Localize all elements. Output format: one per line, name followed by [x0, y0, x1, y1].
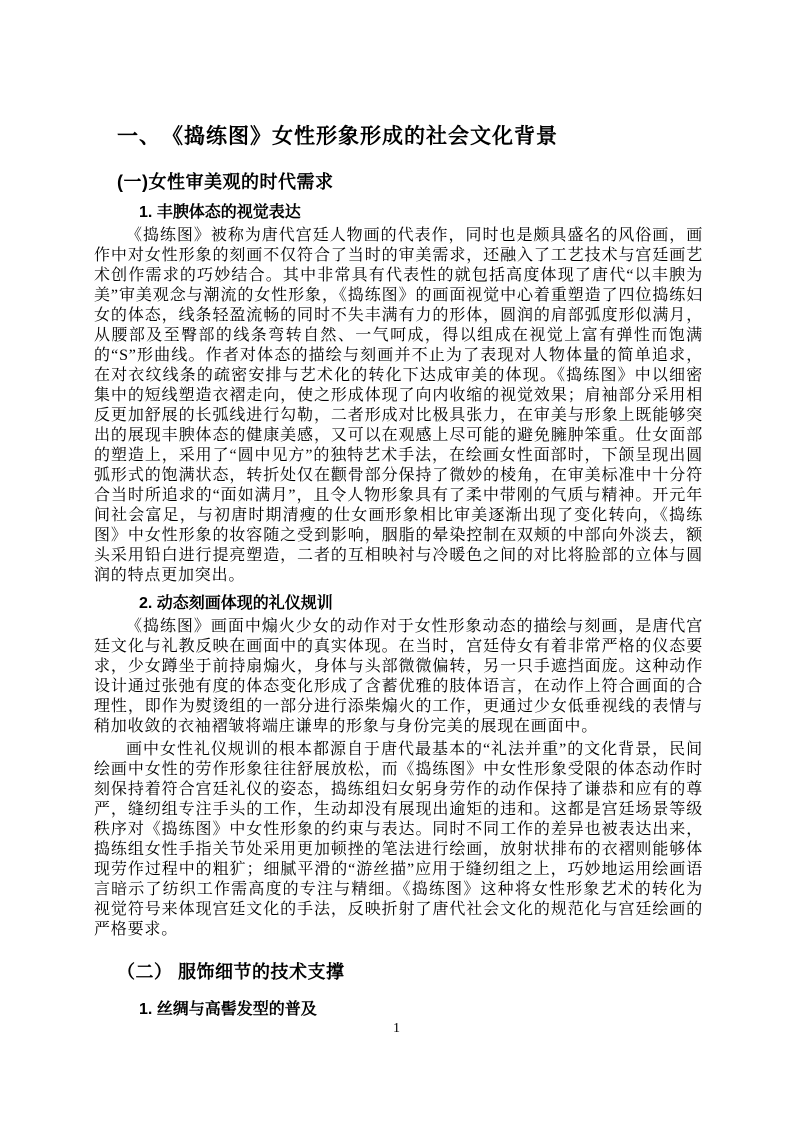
page-number: 1 — [0, 1020, 793, 1038]
paragraph-2: 《捣练图》画面中煽火少女的动作对于女性形象动态的描绘与刻画，是唐代宫廷文化与礼教… — [94, 617, 703, 737]
document-page: 一、 《捣练图》女性形象形成的社会文化背景 (一)女性审美观的时代需求 1. 丰… — [0, 0, 793, 1122]
subsection-title-1: (一)女性审美观的时代需求 — [117, 170, 703, 195]
subheading-3: 1. 丝绸与高髻发型的普及 — [139, 1000, 703, 1020]
document-content: 一、 《捣练图》女性形象形成的社会文化背景 (一)女性审美观的时代需求 1. 丰… — [94, 0, 703, 1020]
subheading-2: 2. 动态刻画体现的礼仪规训 — [139, 594, 703, 614]
paragraph-3: 画中女性礼仪规训的根本都源自于唐代最基本的“礼法并重”的文化背景，民间绘画中女性… — [94, 740, 703, 940]
chapter-title: 一、 《捣练图》女性形象形成的社会文化背景 — [117, 0, 703, 151]
subsection-title-2: （二） 服饰细节的技术支撑 — [117, 960, 703, 985]
subheading-1: 1. 丰腴体态的视觉表达 — [139, 203, 703, 223]
paragraph-1: 《捣练图》被称为唐代宫廷人物画的代表作，同时也是颇具盛名的风俗画，画作中对女性形… — [94, 226, 703, 586]
